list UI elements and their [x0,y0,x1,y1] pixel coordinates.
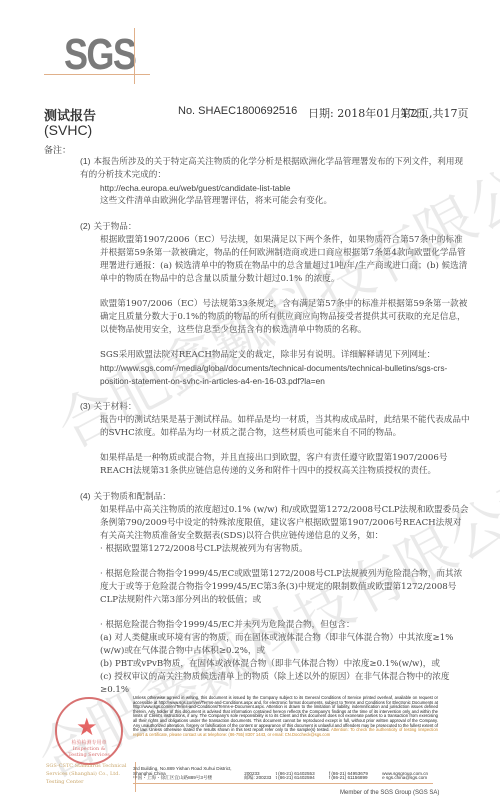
sub-item-c: (c) 授权审议的高关注物质候选清单上的物质（除上述以外的原因）在非气体混合物中… [100,671,470,697]
report-subtitle: (SVHC) [44,122,92,138]
sub-item-a: (a) 对人类健康或环境有害的物质，而在固体或液体混合物（即非气体混合物）中其浓… [100,632,470,658]
logo-rule-vertical [134,28,135,84]
section-heading: 关于物品： [94,222,137,232]
star-icon: ★ [76,713,98,741]
member-notice: Member of the SGS Group (SGS SA) [340,790,439,796]
sgs-logo: SGS [44,22,154,82]
report-number: No. SHAEC1800692516 [178,105,297,117]
address-row-cn: 中国・上海・徐汇区宜山路889号3号楼 邮编: 200233 t (86-21)… [133,775,427,781]
bullet-item: · 根据欧盟第1272/2008号CLP法规被列为有害物质。 [100,543,470,556]
section-number: (2) [80,221,91,231]
bullet-item: · 根据危险混合物指令1999/45/EC或欧盟第1272/2008号CLP法规… [100,568,470,607]
page-count: 第2页,共17页 [400,105,469,121]
section-number: (3) [80,401,91,411]
paragraph: 根据欧盟第1907/2006（EC）号法规，如果满足以下两个条件，如果物质符合第… [100,234,470,286]
section-heading: 关于物质和配制品： [94,492,171,502]
email[interactable]: e sgs.china@sgs.com [382,775,427,780]
document-body: (1)本报告所涉及的关于特定高关注物质的化学分析是根据欧洲化学品管理署发布的下列… [80,155,470,709]
echa-link[interactable]: http://echa.europa.eu/web/guest/candidat… [100,182,470,195]
paragraph: SGS采用欧盟法院对REACH物品定义的裁定，除非另有说明。详细解释请见下列网址… [100,349,470,362]
bullet-item: · 根据危险混合物指令1999/45/EC并未列为危险混合物，但包含： [100,619,470,632]
section-1: (1)本报告所涉及的关于特定高关注物质的化学分析是根据欧洲化学品管理署发布的下列… [80,155,470,208]
stamp-text: 检验检测专用章 Inspection & Testing Services [65,739,113,758]
official-stamp: ★ 检验检测专用章 Inspection & Testing Services [55,697,123,765]
legal-disclaimer: Unless otherwise agreed in writing, this… [133,696,438,737]
footer-rule [133,783,433,784]
paragraph: 如果样品中高关注物质的浓度超过0.1% (w/w) 和/或欧盟第1272/200… [100,504,470,543]
address-cn: 中国・上海・徐汇区宜山路889号3号楼 [133,775,243,781]
section-heading: 本报告所涉及的关于特定高关注物质的化学分析是根据欧洲化学品管理署发布的下列文件，… [80,157,463,180]
remark-label: 备注： [44,143,71,156]
postcode-cn: 邮编: 200233 [244,775,274,781]
section-number: (4) [80,491,91,501]
sgs-logo-text: SGS [64,30,135,80]
paragraph: 如果样品是一种物质或混合物，并且直接出口到欧盟，客户有责任遵守欧盟第1907/2… [100,452,470,478]
section-number: (1) [80,156,91,166]
tel-cn: t (86-21) 61402594 [276,775,328,780]
section-3: (3)关于材料： 报告中的测试结果是基于测试样品。如样品是均一材质，当其构成成品… [80,400,470,478]
section-heading: 关于材料： [94,402,137,412]
fax-cn: f (86-21) 61156899 [329,775,381,780]
sub-item-b: (b) PBT或vPvB物质，在固体或液体混合物（即非气体混合物）中浓度≥0.1… [100,658,470,671]
section-note: 这些文件清单由欧洲化学品管理署评估，将来可能会有变化。 [100,195,470,208]
paragraph: 欧盟第1907/2006（EC）号法规第33条规定，含有满足第57条中的标准并根… [100,298,470,337]
section-4: (4)关于物质和配制品： 如果样品中高关注物质的浓度超过0.1% (w/w) 和… [80,490,470,697]
paragraph: 报告中的测试结果是基于测试样品。如样品是均一材质，当其构成成品时，此结果不能代表… [100,414,470,440]
sgs-position-link[interactable]: http://www.sgs.com/-/media/global/docume… [100,362,470,388]
stamp-company: SGS-CSTC Standards Technical Services (S… [46,762,131,786]
section-2: (2)关于物品： 根据欧盟第1907/2006（EC）号法规，如果满足以下两个条… [80,220,470,388]
